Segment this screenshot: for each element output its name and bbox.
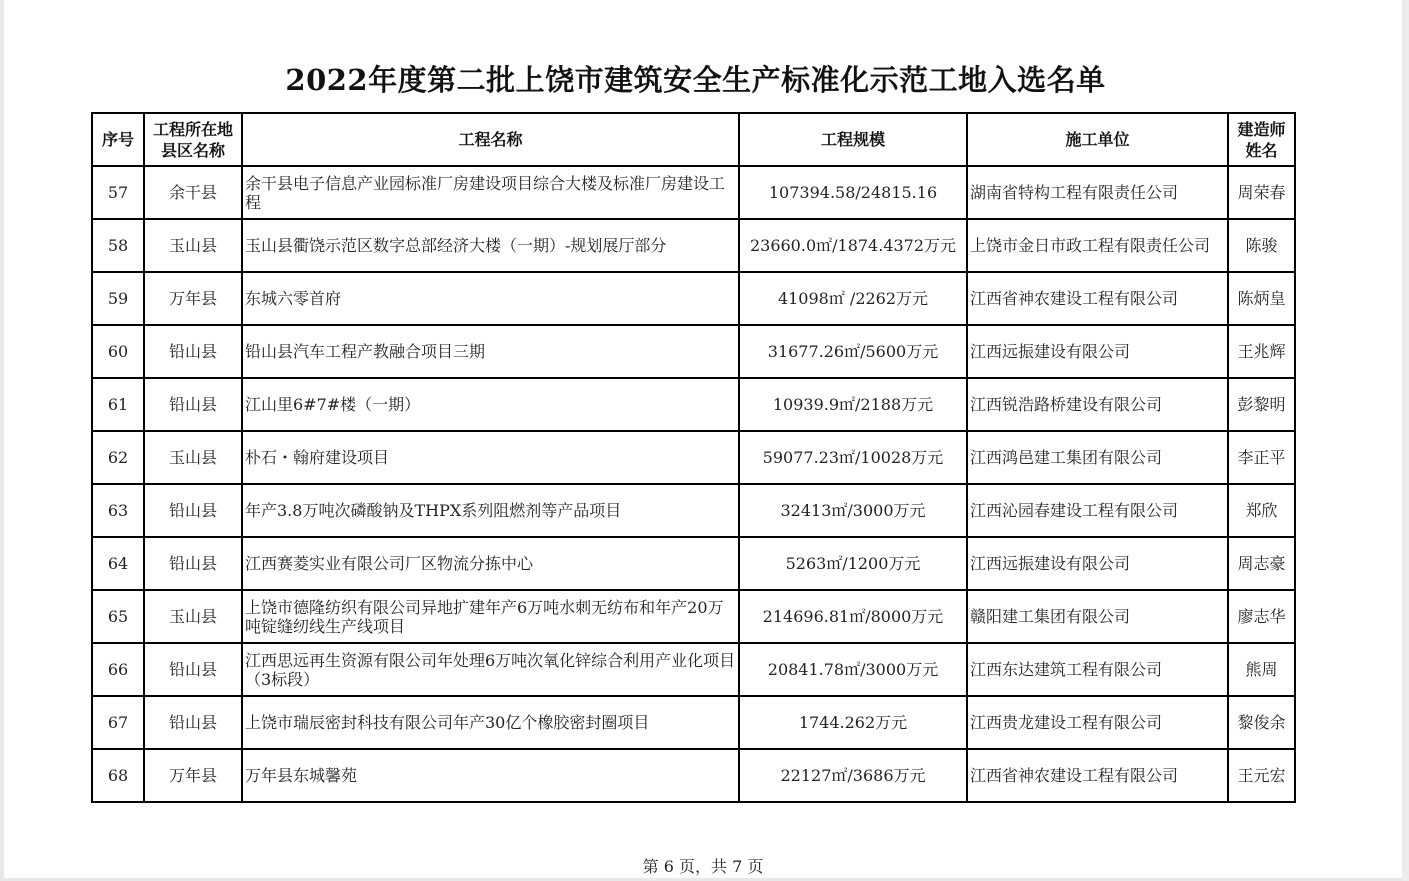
cell-scale: 23660.0㎡/1874.4372万元	[739, 219, 967, 272]
cell-no: 58	[92, 219, 144, 272]
cell-construction-unit: 江西沁园春建设工程有限公司	[967, 484, 1228, 537]
cell-construction-unit: 江西东达建筑工程有限公司	[967, 643, 1228, 696]
pdf-page: 2022年度第二批上饶市建筑安全生产标准化示范工地入选名单 序号 工程所在地县区…	[4, 0, 1402, 878]
cell-builder: 李正平	[1228, 431, 1295, 484]
table-row: 57 余干县 余干县电子信息产业园标准厂房建设项目综合大楼及标准厂房建设工程 1…	[92, 166, 1295, 219]
viewer-right-edge	[1402, 0, 1409, 881]
cell-construction-unit: 赣阳建工集团有限公司	[967, 590, 1228, 643]
cell-county: 铅山县	[144, 696, 242, 749]
header-construction-unit: 施工单位	[967, 113, 1228, 166]
cell-county: 玉山县	[144, 590, 242, 643]
table-row: 67 铅山县 上饶市瑞辰密封科技有限公司年产30亿个橡胶密封圈项目 1744.2…	[92, 696, 1295, 749]
selection-list-table: 序号 工程所在地县区名称 工程名称 工程规模 施工单位 建造师姓名 57 余干县…	[91, 112, 1296, 803]
cell-county: 铅山县	[144, 537, 242, 590]
cell-construction-unit: 湖南省特构工程有限责任公司	[967, 166, 1228, 219]
cell-project-name: 上饶市德隆纺织有限公司异地扩建年产6万吨水刺无纺布和年产20万吨锭缝纫线生产线项…	[242, 590, 739, 643]
cell-no: 67	[92, 696, 144, 749]
cell-builder: 郑欣	[1228, 484, 1295, 537]
cell-no: 63	[92, 484, 144, 537]
cell-construction-unit: 江西远振建设有限公司	[967, 325, 1228, 378]
table-row: 62 玉山县 朴石・翰府建设项目 59077.23㎡/10028万元 江西鸿邑建…	[92, 431, 1295, 484]
cell-no: 57	[92, 166, 144, 219]
cell-county: 玉山县	[144, 219, 242, 272]
table-row: 61 铅山县 江山里6#7#楼（一期） 10939.9㎡/2188万元 江西锐浩…	[92, 378, 1295, 431]
cell-scale: 22127㎡/3686万元	[739, 749, 967, 802]
cell-no: 59	[92, 272, 144, 325]
page-number-footer: 第 6 页，共 7 页	[4, 854, 1402, 877]
cell-no: 62	[92, 431, 144, 484]
cell-builder: 廖志华	[1228, 590, 1295, 643]
cell-scale: 107394.58/24815.16	[739, 166, 967, 219]
cell-county: 余干县	[144, 166, 242, 219]
cell-scale: 1744.262万元	[739, 696, 967, 749]
cell-project-name: 江西思远再生资源有限公司年处理6万吨次氧化锌综合利用产业化项目（3标段）	[242, 643, 739, 696]
header-county: 工程所在地县区名称	[144, 113, 242, 166]
cell-construction-unit: 上饶市金日市政工程有限责任公司	[967, 219, 1228, 272]
table-row: 63 铅山县 年产3.8万吨次磷酸钠及THPX系列阻燃剂等产品项目 32413㎡…	[92, 484, 1295, 537]
cell-no: 61	[92, 378, 144, 431]
cell-project-name: 东城六零首府	[242, 272, 739, 325]
header-county-line2: 县区名称	[161, 141, 225, 160]
header-builder: 建造师姓名	[1228, 113, 1295, 166]
cell-builder: 周荣春	[1228, 166, 1295, 219]
cell-county: 万年县	[144, 749, 242, 802]
cell-project-name: 年产3.8万吨次磷酸钠及THPX系列阻燃剂等产品项目	[242, 484, 739, 537]
cell-builder: 陈炳皇	[1228, 272, 1295, 325]
cell-construction-unit: 江西鸿邑建工集团有限公司	[967, 431, 1228, 484]
cell-county: 铅山县	[144, 378, 242, 431]
cell-scale: 10939.9㎡/2188万元	[739, 378, 967, 431]
cell-project-name: 朴石・翰府建设项目	[242, 431, 739, 484]
cell-builder: 彭黎明	[1228, 378, 1295, 431]
cell-builder: 陈骏	[1228, 219, 1295, 272]
cell-project-name: 玉山县衢饶示范区数字总部经济大楼（一期）-规划展厅部分	[242, 219, 739, 272]
header-builder-line1: 建造师	[1237, 120, 1285, 139]
cell-no: 65	[92, 590, 144, 643]
header-project-name: 工程名称	[242, 113, 739, 166]
cell-no: 60	[92, 325, 144, 378]
cell-scale: 20841.78㎡/3000万元	[739, 643, 967, 696]
cell-builder: 王元宏	[1228, 749, 1295, 802]
cell-county: 铅山县	[144, 325, 242, 378]
cell-county: 万年县	[144, 272, 242, 325]
header-scale: 工程规模	[739, 113, 967, 166]
cell-builder: 黎俊余	[1228, 696, 1295, 749]
table-row: 65 玉山县 上饶市德隆纺织有限公司异地扩建年产6万吨水刺无纺布和年产20万吨锭…	[92, 590, 1295, 643]
table-row: 58 玉山县 玉山县衢饶示范区数字总部经济大楼（一期）-规划展厅部分 23660…	[92, 219, 1295, 272]
cell-scale: 32413㎡/3000万元	[739, 484, 967, 537]
cell-scale: 41098㎡ /2262万元	[739, 272, 967, 325]
cell-construction-unit: 江西远振建设有限公司	[967, 537, 1228, 590]
table-row: 59 万年县 东城六零首府 41098㎡ /2262万元 江西省神农建设工程有限…	[92, 272, 1295, 325]
cell-construction-unit: 江西省神农建设工程有限公司	[967, 272, 1228, 325]
header-no: 序号	[92, 113, 144, 166]
cell-county: 玉山县	[144, 431, 242, 484]
document-viewer: 2022年度第二批上饶市建筑安全生产标准化示范工地入选名单 序号 工程所在地县区…	[0, 0, 1409, 881]
header-county-line1: 工程所在地	[153, 120, 233, 139]
cell-builder: 周志豪	[1228, 537, 1295, 590]
table-row: 68 万年县 万年县东城馨苑 22127㎡/3686万元 江西省神农建设工程有限…	[92, 749, 1295, 802]
cell-builder: 熊周	[1228, 643, 1295, 696]
header-builder-line2: 姓名	[1245, 141, 1277, 160]
table-header-row: 序号 工程所在地县区名称 工程名称 工程规模 施工单位 建造师姓名	[92, 113, 1295, 166]
cell-project-name: 铅山县汽车工程产教融合项目三期	[242, 325, 739, 378]
page-title: 2022年度第二批上饶市建筑安全生产标准化示范工地入选名单	[4, 58, 1387, 99]
cell-construction-unit: 江西贵龙建设工程有限公司	[967, 696, 1228, 749]
cell-project-name: 江西赛菱实业有限公司厂区物流分拣中心	[242, 537, 739, 590]
cell-scale: 59077.23㎡/10028万元	[739, 431, 967, 484]
cell-scale: 214696.81㎡/8000万元	[739, 590, 967, 643]
cell-construction-unit: 江西锐浩路桥建设有限公司	[967, 378, 1228, 431]
table-row: 60 铅山县 铅山县汽车工程产教融合项目三期 31677.26㎡/5600万元 …	[92, 325, 1295, 378]
cell-project-name: 余干县电子信息产业园标准厂房建设项目综合大楼及标准厂房建设工程	[242, 166, 739, 219]
cell-no: 66	[92, 643, 144, 696]
cell-county: 铅山县	[144, 643, 242, 696]
cell-project-name: 上饶市瑞辰密封科技有限公司年产30亿个橡胶密封圈项目	[242, 696, 739, 749]
cell-construction-unit: 江西省神农建设工程有限公司	[967, 749, 1228, 802]
cell-project-name: 万年县东城馨苑	[242, 749, 739, 802]
cell-scale: 31677.26㎡/5600万元	[739, 325, 967, 378]
cell-county: 铅山县	[144, 484, 242, 537]
cell-builder: 王兆辉	[1228, 325, 1295, 378]
table-row: 66 铅山县 江西思远再生资源有限公司年处理6万吨次氧化锌综合利用产业化项目（3…	[92, 643, 1295, 696]
cell-project-name: 江山里6#7#楼（一期）	[242, 378, 739, 431]
table-row: 64 铅山县 江西赛菱实业有限公司厂区物流分拣中心 5263㎡/1200万元 江…	[92, 537, 1295, 590]
cell-no: 64	[92, 537, 144, 590]
cell-no: 68	[92, 749, 144, 802]
cell-scale: 5263㎡/1200万元	[739, 537, 967, 590]
